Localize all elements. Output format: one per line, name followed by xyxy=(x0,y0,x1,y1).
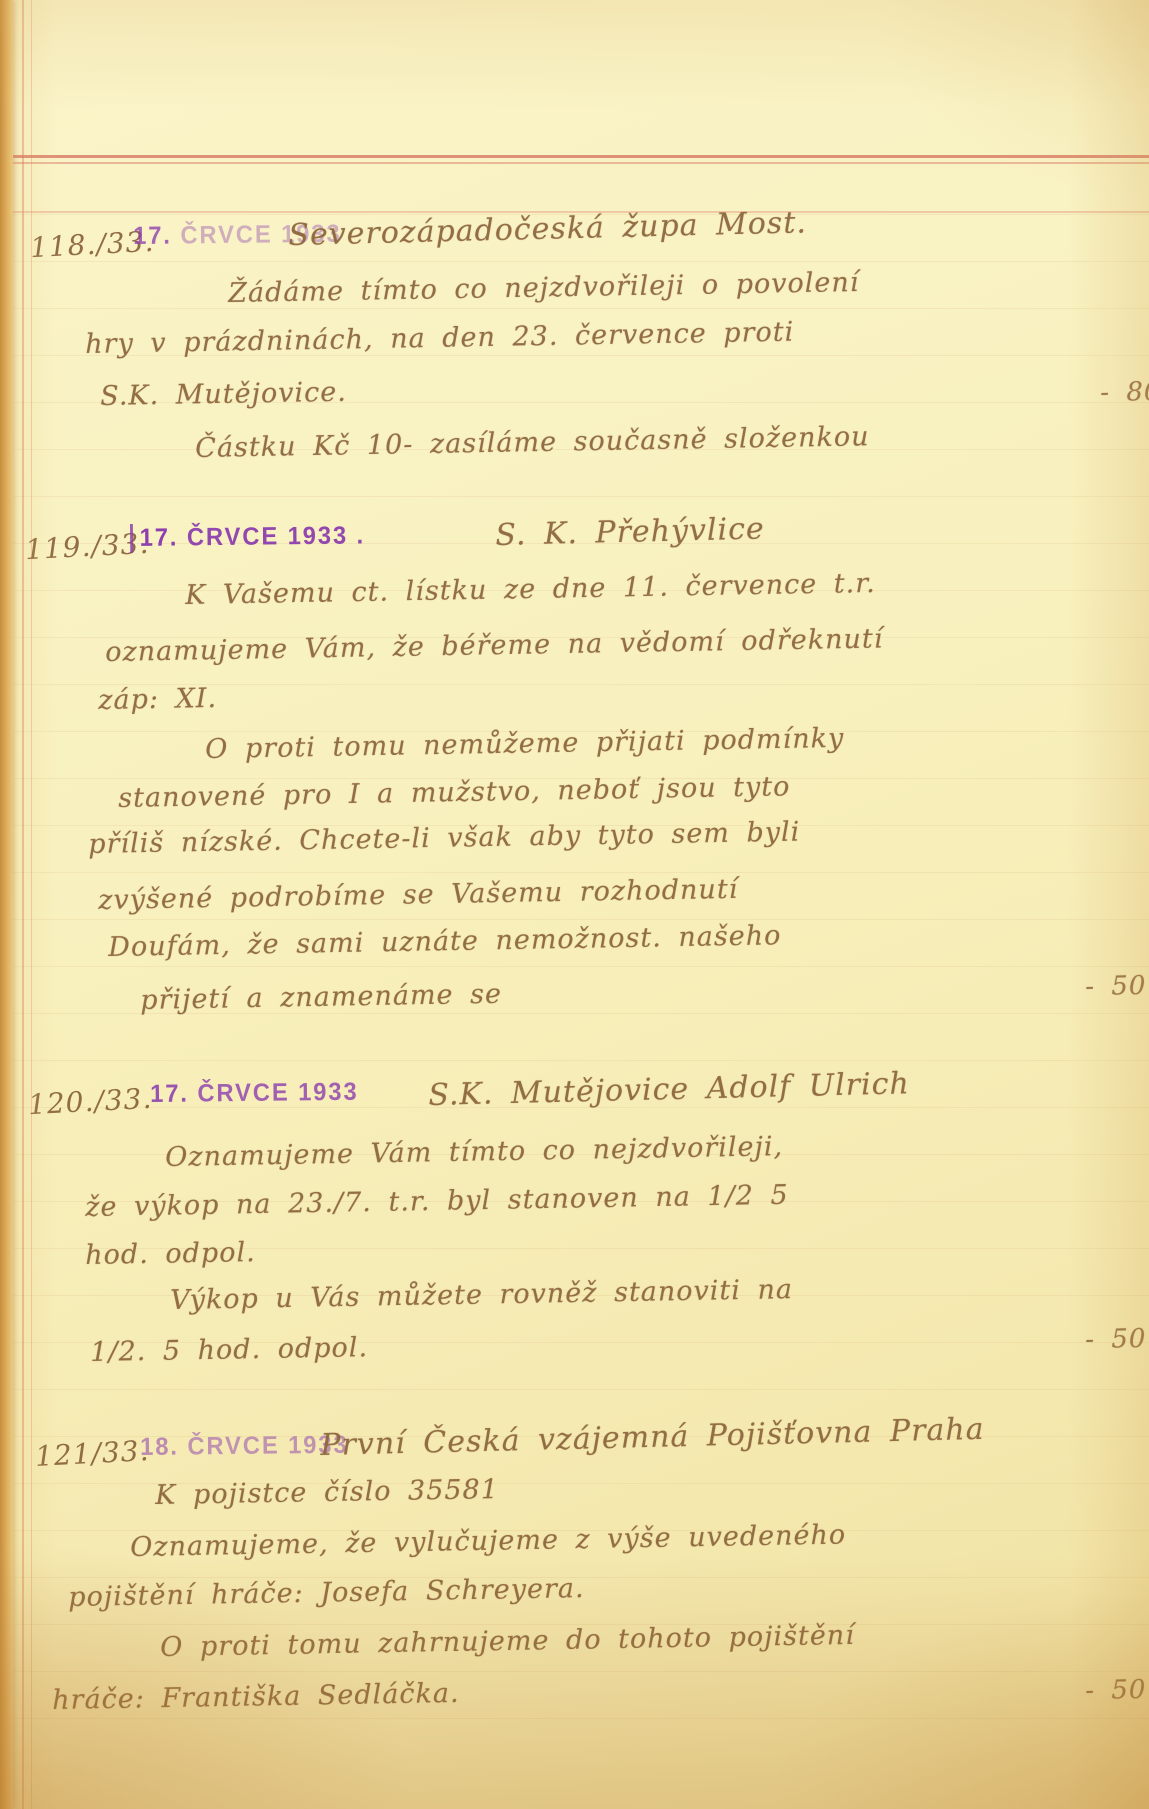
margin-amount: - 50 xyxy=(1085,1675,1147,1706)
entry-line: 1/2. 5 hod. odpol. xyxy=(90,1332,368,1368)
entry-line: Doufám, že sami uznáte nemožnost. našeho xyxy=(108,920,782,963)
stamp-month-year: ČRVCE 1933 . xyxy=(187,521,365,551)
entry-line: Žádáme tímto co nejzdvořileji o povolení xyxy=(228,267,860,309)
entry-line: hod. odpol. xyxy=(85,1237,256,1271)
entry-line: O proti tomu nemůžeme přijati podmínky xyxy=(205,723,845,765)
entry-line: Částku Kč 10- zasíláme současně složenko… xyxy=(195,421,870,464)
entry-line: Oznamujeme Vám tímto co nejzdvořileji, xyxy=(165,1131,783,1173)
entry-line: pojištění hráče: Josefa Schreyera. xyxy=(68,1573,585,1613)
entry-line: přijetí a znamenáme se xyxy=(140,979,502,1016)
entry-line: K pojistce číslo 35581 xyxy=(155,1474,499,1511)
entry-line: Výkop u Vás můžete rovněž stanoviti na xyxy=(170,1274,793,1316)
stamp-day: 17. xyxy=(133,222,172,250)
entry-line: záp: XI. xyxy=(98,683,217,716)
stamp-day: 17. xyxy=(150,1080,189,1108)
entry-number: 120./33. xyxy=(27,1082,153,1121)
entry-line: hráče: Františka Sedláčka. xyxy=(52,1678,460,1716)
header-rule-top xyxy=(13,155,1149,158)
entry-line: S.K. Mutějovice. xyxy=(100,377,347,412)
date-stamp: 17.ČRVCE 1933 . xyxy=(130,521,365,553)
header-rule-top-2 xyxy=(13,162,1149,164)
entry-line: K Vašemu ct. lístku ze dne 11. července … xyxy=(185,568,876,611)
entry-heading: První Česká vzájemná Pojišťovna Praha xyxy=(320,1412,985,1463)
stamp-month-year: ČRVCE 1933 xyxy=(197,1078,358,1108)
entry-line: zvýšené podrobíme se Vašemu rozhodnutí xyxy=(98,874,739,916)
page-binding-edge xyxy=(0,0,13,1809)
entry-line: hry v prázdninách, na den 23. července p… xyxy=(85,317,794,360)
entry-line: oznamujeme Vám, že béřeme na vědomí odře… xyxy=(105,623,884,668)
entry-line: stanovené pro I a mužstvo, neboť jsou ty… xyxy=(118,771,791,814)
date-stamp: 18.ČRVCE 1933 xyxy=(140,1431,349,1462)
entry-number: 121/33. xyxy=(34,1434,150,1473)
entry-heading: S.K. Mutějovice Adolf Ulrich xyxy=(428,1066,910,1113)
entry-line: příliš nízské. Chcete-li však aby tyto s… xyxy=(88,817,801,860)
entry-line: že výkop na 23./7. t.r. byl stanoven na … xyxy=(85,1180,789,1223)
date-stamp: 17.ČRVCE 1933 xyxy=(150,1078,359,1109)
margin-amount: - 50 xyxy=(1085,971,1147,1002)
stamp-day: 18. xyxy=(140,1433,179,1461)
stamp-day: 17. xyxy=(139,523,178,551)
margin-rule-vertical xyxy=(22,0,24,1809)
entry-line: O proti tomu zahrnujeme do tohoto pojišt… xyxy=(160,1620,855,1663)
margin-amount: - 80 xyxy=(1100,377,1149,408)
margin-amount: - 50 xyxy=(1085,1324,1147,1355)
ledger-page: 118./33. 17.ČRVCE 1933 Severozápadočeská… xyxy=(0,0,1149,1809)
entry-heading: S. K. Přehývlice xyxy=(495,511,765,553)
entry-line: Oznamujeme, že vylučujeme z výše uvedené… xyxy=(130,1520,846,1563)
margin-rule-vertical-2 xyxy=(31,0,32,1809)
